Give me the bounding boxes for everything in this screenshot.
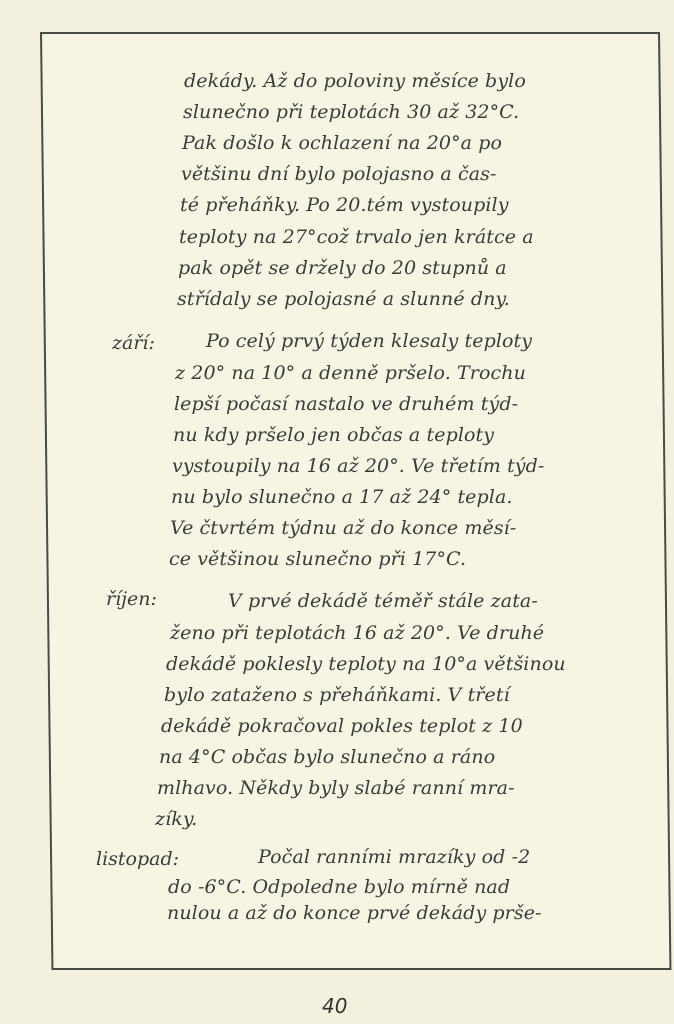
text-line: na 4°C občas bylo slunečno a ráno [159,746,495,768]
text-line: slunečno při teplotách 30 až 32°C. [183,101,519,123]
text-line: nu kdy pršelo jen občas a teploty [173,424,494,446]
text-line: nu bylo slunečno a 17 až 24° tepla. [171,486,513,508]
text-line: Ve čtvrtém týdnu až do konce měsí- [170,517,516,539]
text-line: Pak došlo k ochlazení na 20°a po [182,132,502,154]
text-line: teploty na 27°což trvalo jen krátce a [179,226,534,248]
text-line: lepší počasí nastalo ve druhém týd- [174,393,518,415]
handwritten-page: dekády. Až do poloviny měsíce bylo slune… [0,0,674,1024]
text-line: většinu dní bylo polojasno a čas- [181,163,497,185]
text-line: z 20° na 10° a denně pršelo. Trochu [175,362,526,384]
text-line: ženo při teplotách 16 až 20°. Ve druhé [170,622,544,644]
text-line: Po celý prvý týden klesaly teploty [206,330,532,352]
text-line: vystoupily na 16 až 20°. Ve třetím týd- [172,455,544,477]
month-label-zari: září: [112,332,155,354]
month-label-listopad: listopad: [96,848,179,870]
text-line: dekády. Až do poloviny měsíce bylo [184,70,526,92]
text-line: V prvé dekádě téměř stále zata- [228,590,538,612]
text-line: Počal ranními mrazíky od -2 [258,846,530,868]
text-line: pak opět se držely do 20 stupnů a [178,257,507,279]
text-line: bylo zataženo s přeháňkami. V třetí [164,684,510,706]
text-line: střídaly se polojasné a slunné dny. [177,288,510,310]
text-line: zíky. [155,808,197,830]
text-line: ce většinou slunečno při 17°C. [169,548,466,570]
text-line: do -6°C. Odpoledne bylo mírně nad [168,876,510,898]
text-line: dekádě poklesly teploty na 10°a většinou [166,653,566,675]
text-line: dekádě pokračoval pokles teplot z 10 [161,715,523,737]
page-number: 40 [322,994,347,1018]
month-label-rijen: říjen: [106,588,157,610]
text-line: mlhavo. Někdy byly slabé ranní mra- [157,777,515,799]
text-line: nulou a až do konce prvé dekády prše- [167,902,542,924]
text-line: té přeháňky. Po 20.tém vystoupily [180,194,509,216]
